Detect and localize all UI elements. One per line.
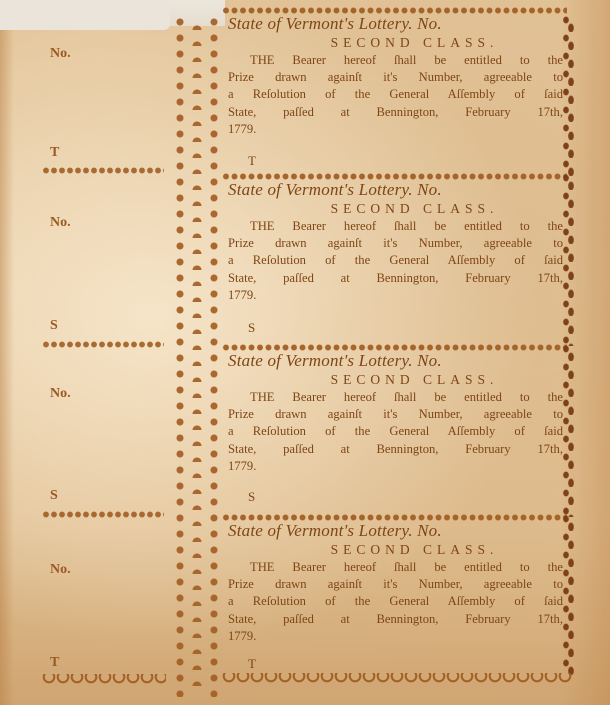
ticket-body: THE Bearer hereof ſhall be entitled to t… bbox=[228, 52, 563, 138]
lottery-ticket: State of Vermont's Lottery. No. SECOND C… bbox=[222, 513, 567, 693]
stub-letter: S bbox=[50, 488, 58, 504]
ticket-letter: S bbox=[248, 489, 255, 505]
body-line: State, paſſed at Bennington, February 17… bbox=[228, 441, 563, 458]
ticket-body: THE Bearer hereof ſhall be entitled to t… bbox=[228, 218, 563, 304]
body-line: State, paſſed at Bennington, February 17… bbox=[228, 104, 563, 121]
stub-letter: T bbox=[50, 145, 59, 161]
ticket-title: State of Vermont's Lottery. No. bbox=[228, 180, 442, 200]
stub-divider-ornament bbox=[42, 340, 164, 349]
body-line: a Reſolution of the General Aſſembly of … bbox=[228, 86, 563, 103]
stub-letter: T bbox=[50, 655, 59, 671]
ticket-letter: T bbox=[248, 153, 256, 169]
stub-bottom-scallop-ornament bbox=[42, 674, 166, 684]
ticket-right-border-ornament bbox=[562, 343, 576, 517]
ticket-body: THE Bearer hereof ſhall be entitled to t… bbox=[228, 559, 563, 645]
body-line: a Reſolution of the General Aſſembly of … bbox=[228, 593, 563, 610]
body-line: THE Bearer hereof ſhall be entitled to t… bbox=[228, 559, 563, 576]
lottery-ticket: State of Vermont's Lottery. No. SECOND C… bbox=[222, 343, 567, 513]
ticket-class: SECOND CLASS. bbox=[222, 201, 567, 217]
body-line: 1779. bbox=[228, 628, 563, 645]
body-line: a Reſolution of the General Aſſembly of … bbox=[228, 423, 563, 440]
body-line: 1779. bbox=[228, 121, 563, 138]
lottery-ticket-sheet: No. T No. S No. S No. T State of Vermont… bbox=[0, 0, 610, 705]
ticket-class: SECOND CLASS. bbox=[222, 542, 567, 558]
ticket-right-border-ornament bbox=[562, 513, 576, 677]
lottery-ticket: State of Vermont's Lottery. No. SECOND C… bbox=[222, 172, 567, 342]
body-line: 1779. bbox=[228, 287, 563, 304]
stub-number-label: No. bbox=[50, 46, 71, 62]
lottery-ticket: State of Vermont's Lottery. No. SECOND C… bbox=[222, 6, 567, 176]
ticket-bottom-scallop-ornament bbox=[222, 673, 572, 683]
body-line: a Reſolution of the General Aſſembly of … bbox=[228, 252, 563, 269]
stub-number-label: No. bbox=[50, 215, 71, 231]
stub-letter: S bbox=[50, 318, 58, 334]
stub-number-label: No. bbox=[50, 386, 71, 402]
body-line: Prize drawn againſt it's Number, agreeab… bbox=[228, 406, 563, 423]
stub-divider-ornament bbox=[42, 510, 164, 519]
ticket-class: SECOND CLASS. bbox=[222, 372, 567, 388]
stub-column: No. T No. S No. S No. T bbox=[0, 0, 170, 705]
body-line: Prize drawn againſt it's Number, agreeab… bbox=[228, 69, 563, 86]
ticket-title: State of Vermont's Lottery. No. bbox=[228, 351, 442, 371]
body-line: State, paſſed at Bennington, February 17… bbox=[228, 611, 563, 628]
body-line: THE Bearer hereof ſhall be entitled to t… bbox=[228, 389, 563, 406]
ticket-title: State of Vermont's Lottery. No. bbox=[228, 14, 442, 34]
stub-number-label: No. bbox=[50, 562, 71, 578]
body-line: Prize drawn againſt it's Number, agreeab… bbox=[228, 235, 563, 252]
stub-divider-ornament bbox=[42, 166, 164, 175]
ticket-class: SECOND CLASS. bbox=[222, 35, 567, 51]
ticket-letter: T bbox=[248, 656, 256, 672]
ticket-title: State of Vermont's Lottery. No. bbox=[228, 521, 442, 541]
body-line: 1779. bbox=[228, 458, 563, 475]
ticket-right-border-ornament bbox=[562, 14, 576, 178]
ticket-right-border-ornament bbox=[562, 172, 576, 346]
ticket-body: THE Bearer hereof ſhall be entitled to t… bbox=[228, 389, 563, 475]
ticket-letter: S bbox=[248, 320, 255, 336]
body-line: THE Bearer hereof ſhall be entitled to t… bbox=[228, 218, 563, 235]
body-line: State, paſſed at Bennington, February 17… bbox=[228, 270, 563, 287]
body-line: Prize drawn againſt it's Number, agreeab… bbox=[228, 576, 563, 593]
body-line: THE Bearer hereof ſhall be entitled to t… bbox=[228, 52, 563, 69]
vertical-ornament-band bbox=[172, 14, 222, 697]
